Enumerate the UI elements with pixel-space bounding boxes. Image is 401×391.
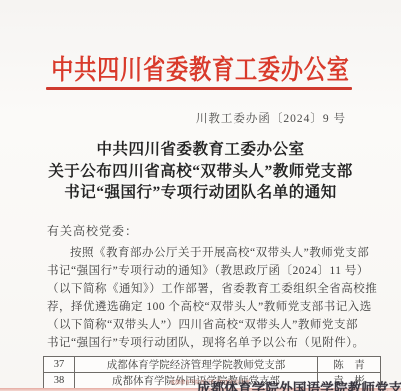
salutation: 有关高校党委：	[47, 222, 138, 239]
notice-title-line-3: 书记“强国行”专项行动团队名单的通知	[0, 182, 401, 204]
notice-title: 中共四川省委教育工委办公室 关于公布四川省高校“双带头人”教师党支部 书记“强国…	[0, 139, 401, 204]
body-line: 荐，择优遴选确定 100 个高校“双带头人”教师党支部书记入选	[47, 298, 358, 316]
document-page: 中共四川省委教育工委办公室 川教工委办函〔2024〕9 号 中共四川省委教育工委…	[0, 0, 401, 391]
body-line: （以下简称《通知》）工作部署，省委教育工委组织全省高校推	[47, 280, 358, 298]
notice-title-line-2: 关于公布四川省高校“双带头人”教师党支部	[0, 161, 401, 183]
branch-name-cell: 成都体育学院经济管理学院教师党支部	[75, 357, 318, 373]
caption-overlay-text: 成都体育学院外国语学院教师党支部	[197, 377, 401, 391]
agency-header-title: 中共四川省委教育工委办公室	[36, 48, 365, 87]
secretary-name-cell: 陈 青	[318, 357, 381, 373]
red-divider-line	[46, 87, 352, 90]
row-number-cell: 38	[44, 373, 75, 389]
body-line: 书记“强国行”专项行动的通知》（教思政厅函〔2024〕11 号）	[47, 262, 358, 280]
body-line: 书记“强国行”专项行动团队，现将名单予以公布（见附件）。	[47, 334, 358, 352]
document-number: 川教工委办函〔2024〕9 号	[0, 110, 346, 126]
body-line: （以下简称“双带头人”）四川省高校“双带头人”教师党支部	[47, 316, 358, 334]
body-line: 按照《教育部办公厅关于开展高校“双带头人”教师党支部	[47, 244, 358, 262]
table-row: 37 成都体育学院经济管理学院教师党支部 陈 青	[44, 357, 381, 373]
body-paragraph: 按照《教育部办公厅关于开展高校“双带头人”教师党支部 书记“强国行”专项行动的通…	[47, 244, 358, 352]
row-number-cell: 37	[44, 357, 75, 373]
notice-title-line-1: 中共四川省委教育工委办公室	[0, 139, 401, 161]
